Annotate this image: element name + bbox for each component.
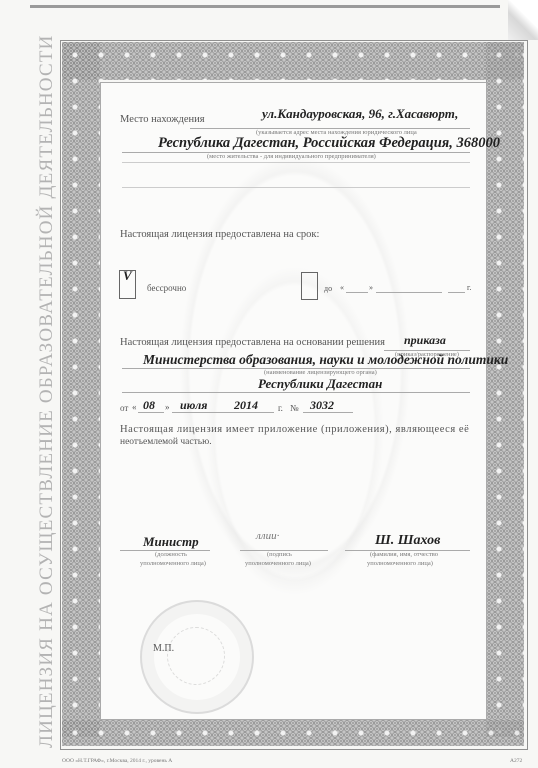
indefinite-checkbox[interactable]: V (119, 270, 136, 299)
page-fold (508, 0, 538, 40)
until-quote-close: » (369, 283, 373, 292)
until-label: до (324, 284, 332, 293)
signatory-position: Министр (143, 534, 199, 550)
location-label: Место нахождения (120, 114, 205, 125)
until-year-field[interactable] (448, 292, 465, 293)
ornament-border-top (62, 42, 524, 80)
name-hint-1: (фамилия, имя, отчество (370, 551, 438, 558)
ornament-border-bottom (62, 720, 524, 746)
until-quote-open: « (340, 283, 344, 292)
page-edge (30, 5, 500, 8)
decision-type: приказа (404, 333, 446, 348)
form-code: А272 (510, 758, 522, 764)
appendix-text-line1: Настоящая лицензия имеет приложение (при… (120, 424, 469, 435)
year-suffix: г. (278, 403, 283, 413)
signature-scribble: ллии· (256, 530, 279, 542)
date-quote-open: « (132, 402, 137, 412)
license-vertical-title: ЛИЦЕНЗИЯ НА ОСУЩЕСТВЛЕНИЕ ОБРАЗОВАТЕЛЬНО… (36, 34, 58, 748)
term-label: Настоящая лицензия предоставлена на срок… (120, 229, 319, 240)
appendix-text-line2: неотъемлемой частью. (120, 437, 212, 447)
blank-line (122, 162, 470, 163)
signature-hint-2: уполномоченного лица) (245, 560, 311, 567)
seal-label: М.П. (153, 643, 174, 654)
ornament-border-left (62, 42, 100, 737)
date-quote-close: » (165, 402, 170, 412)
seal-emblem (167, 627, 225, 685)
until-date-checkbox[interactable] (301, 272, 318, 300)
until-day-field[interactable] (346, 292, 368, 293)
number-sign: № (290, 403, 299, 413)
official-seal (140, 600, 254, 714)
decision-day: 08 (143, 398, 155, 413)
position-hint-1: (должность (155, 551, 187, 558)
decision-month: июля (180, 398, 207, 413)
blank-line (122, 187, 470, 188)
basis-label: Настоящая лицензия предоставлена на осно… (120, 337, 385, 348)
signature-hint-1: (подпись (267, 551, 292, 558)
authority-line-2 (122, 392, 470, 393)
until-year-suffix: г. (467, 283, 471, 292)
authority-hint: (наименование лицензирующего органа) (264, 369, 377, 376)
location-hint-2: (место жительства - для индивидуального … (207, 153, 376, 160)
date-prefix: от (120, 403, 128, 413)
position-hint-2: уполномоченного лица) (140, 560, 206, 567)
authority-name-line2: Республики Дагестан (258, 376, 382, 392)
name-hint-2: уполномоченного лица) (367, 560, 433, 567)
location-address-line1: ул.Кандауровская, 96, г.Хасавюрт, (262, 106, 458, 122)
decision-number: 3032 (310, 398, 334, 413)
check-mark-icon: V (123, 268, 132, 284)
indefinite-label: бессрочно (147, 283, 186, 293)
signatory-name: Ш. Шахов (375, 533, 440, 549)
until-month-field[interactable] (376, 292, 442, 293)
authority-name-line1: Министерства образования, науки и молоде… (143, 352, 508, 368)
location-address-line2: Республика Дагестан, Российская Федераци… (158, 135, 500, 152)
printer-imprint: ООО «Н.Т.ГРАФ», г.Москва, 2014 г., урове… (62, 758, 172, 764)
decision-year: 2014 (234, 398, 258, 413)
